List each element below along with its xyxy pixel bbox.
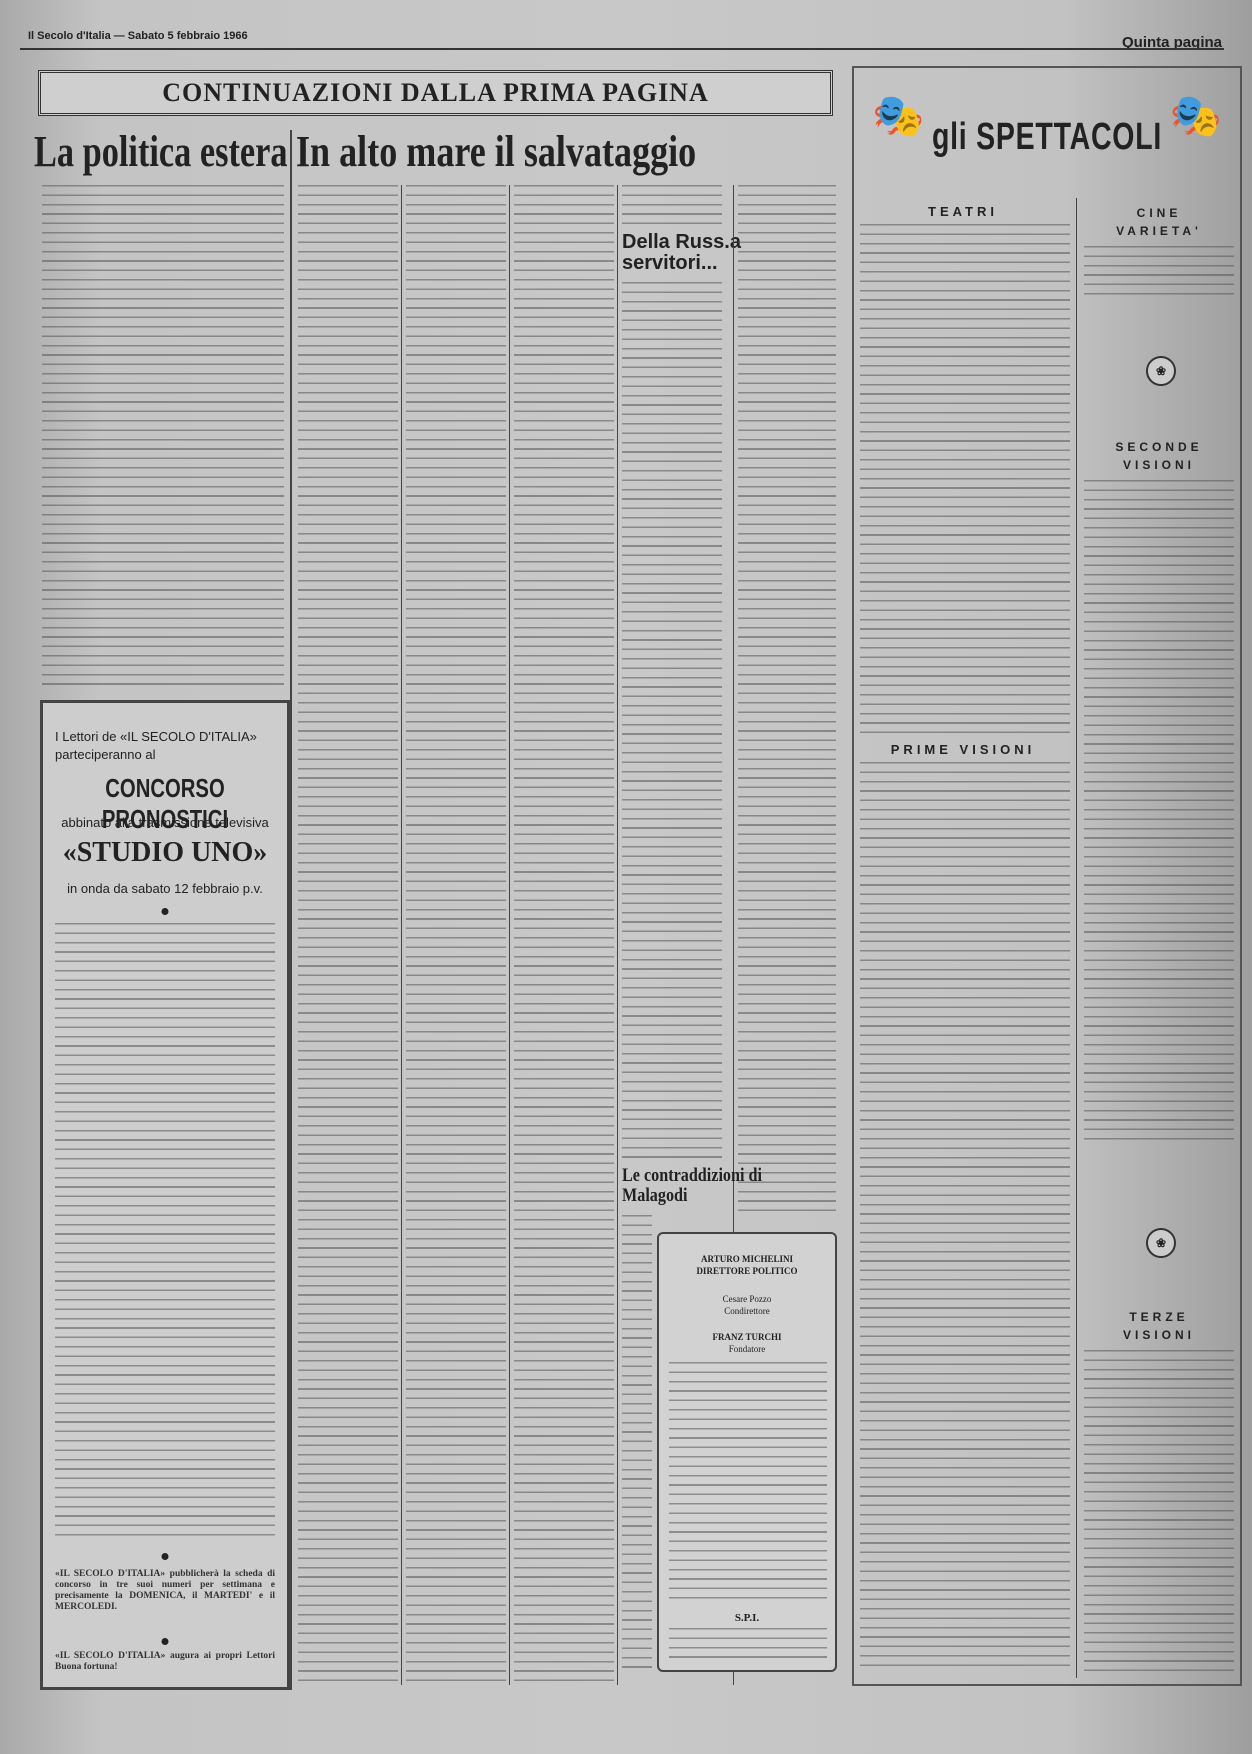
founder-name: FRANZ TURCHI [659,1332,835,1342]
ad-show-name: «STUDIO UNO» [43,837,287,869]
section-cine-varieta-line2: VARIETA' [1078,224,1240,238]
article-col4-top [622,185,722,227]
article-politica-estera-body [42,185,284,685]
concorso-pronostici-ad: I Lettori de «IL SECOLO D'ITALIA» partec… [40,700,290,1690]
article-russ-body [622,282,722,1162]
headline-politica-estera: La politica estera [34,130,288,174]
ad-intro-line1: I Lettori de «IL SECOLO D'ITALIA» [55,729,257,744]
ad-notice-1: «IL SECOLO D'ITALIA» pubblicherà la sche… [55,1569,275,1629]
column-rule [617,185,618,1685]
column-rule [401,185,402,1685]
continuations-banner: CONTINUAZIONI DALLA PRIMA PAGINA [38,70,833,116]
emblem-icon: ❀ [1146,1228,1176,1258]
seconde-visioni-listings [1084,480,1234,1140]
ad-notice-2: «IL SECOLO D'ITALIA» augura ai propri Le… [55,1651,275,1681]
article-salvataggio-col2 [406,185,506,1685]
founder-role: Fondatore [659,1344,835,1354]
section-prime-visioni: PRIME VISIONI [854,742,1072,757]
ad-intro-line2: parteciperanno al [55,747,155,762]
article-col5 [738,185,836,1215]
column-rule [509,185,510,1685]
headline-malagodi: Le contraddizioni di Malagodi [622,1166,784,1206]
article-malagodi-body [622,1215,652,1675]
spettacoli-section: 🎭 🎭 gli SPETTACOLI TEATRI PRIME VISIONI … [852,66,1242,1686]
header-rule [20,48,1224,50]
director-name: ARTURO MICHELINI [659,1254,835,1264]
emblem-icon: ❀ [1146,356,1176,386]
bullet-dot [162,1638,169,1645]
newspaper-page: Il Secolo d'Italia — Sabato 5 febbraio 1… [0,0,1252,1754]
article-salvataggio-col1 [298,185,398,1685]
headline-russ-servitori: Della Russ.a servitori... [622,232,742,274]
terze-visioni-listings [1084,1350,1234,1678]
section-teatri: TEATRI [854,204,1072,219]
publisher-name: S.P.I. [659,1612,835,1624]
ad-subtitle: abbinato alla trasmissione televisiva [43,815,287,830]
teatri-listings [860,224,1070,736]
column-rule [290,130,292,1690]
article-salvataggio-col3 [514,185,614,1685]
masthead-date: Il Secolo d'Italia — Sabato 5 febbraio 1… [28,30,248,42]
codirector-name: Cesare Pozzo [659,1294,835,1304]
ad-rules-text [55,923,275,1543]
section-terze-visioni-line1: TERZE [1078,1310,1240,1324]
prime-visioni-listings [860,762,1070,1672]
section-terze-visioni-line2: VISIONI [1078,1328,1240,1342]
section-seconde-visioni-line1: SECONDE [1078,440,1240,454]
section-cine-varieta-line1: CINE [1078,206,1240,220]
director-role: DIRETTORE POLITICO [659,1266,835,1276]
publisher-details [669,1628,827,1664]
headline-salvataggio: In alto mare il salvataggio [296,130,696,174]
codirector-role: Condirettore [659,1306,835,1316]
colophon-box: ARTURO MICHELINI DIRETTORE POLITICO Cesa… [657,1232,837,1672]
cine-varieta-listings [1084,246,1234,296]
section-seconde-visioni-line2: VISIONI [1078,458,1240,472]
column-rule [1076,198,1077,1678]
colophon-details [669,1362,827,1602]
bullet-dot [162,908,169,915]
ad-date: in onda da sabato 12 febbraio p.v. [43,881,287,896]
spettacoli-title: gli SPETTACOLI [902,116,1192,159]
bullet-dot [162,1553,169,1560]
